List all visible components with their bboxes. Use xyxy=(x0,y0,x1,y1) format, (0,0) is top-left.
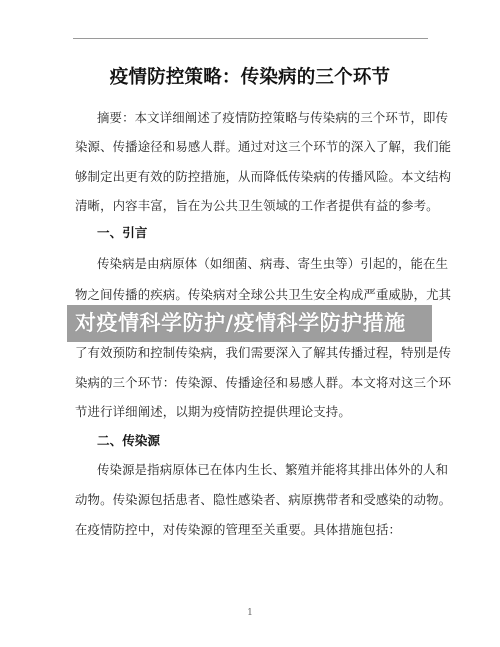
section-heading-infection-source: 二、传染源 xyxy=(97,432,160,450)
body-line: 传染源是指病原体已在体内生长、繁殖并能将其排出体外的人和 xyxy=(97,461,420,479)
abstract-line: 染源、传播途径和易感人群。通过对这三个环节的深入了解，我们能 xyxy=(75,138,420,156)
abstract-line: 清晰，内容丰富，旨在为公共卫生领域的工作者提供有益的参考。 xyxy=(75,197,420,215)
header-rule xyxy=(73,38,428,39)
abstract-line: 够制定出更有效的防控措施，从而降低传染病的传播风险。本文结构 xyxy=(75,168,420,186)
overlay-title-banner: 对疫情科学防护/疫情科学防护措施 xyxy=(67,305,432,342)
section-heading-introduction: 一、引言 xyxy=(97,224,147,242)
body-line: 物之间传播的疾病。传染病对全球公共卫生安全构成严重威胁，尤其 xyxy=(75,286,420,304)
body-line: 传染病是由病原体（如细菌、病毒、寄生虫等）引起的，能在生 xyxy=(97,255,420,273)
body-line: 在疫情防控中，对传染源的管理至关重要。具体措施包括： xyxy=(75,521,420,539)
abstract-line: 摘要：本文详细阐述了疫情防控策略与传染病的三个环节，即传 xyxy=(97,109,420,127)
body-line: 染病的三个环节：传染源、传播途径和易感人群。本文将对这三个环 xyxy=(75,374,420,392)
overlay-banner-text: 对疫情科学防护/疫情科学防护措施 xyxy=(75,310,406,337)
document-title: 疫情防控策略：传染病的三个环节 xyxy=(0,66,500,90)
body-line: 了有效预防和控制传染病，我们需要深入了解其传播过程，特别是传 xyxy=(75,344,420,362)
page-number: 1 xyxy=(0,607,500,619)
body-line: 节进行详细阐述，以期为疫情防控提供理论支持。 xyxy=(75,403,420,421)
body-line: 动物。传染源包括患者、隐性感染者、病原携带者和受感染的动物。 xyxy=(75,491,420,509)
document-page: 疫情防控策略：传染病的三个环节 摘要：本文详细阐述了疫情防控策略与传染病的三个环… xyxy=(0,0,500,647)
